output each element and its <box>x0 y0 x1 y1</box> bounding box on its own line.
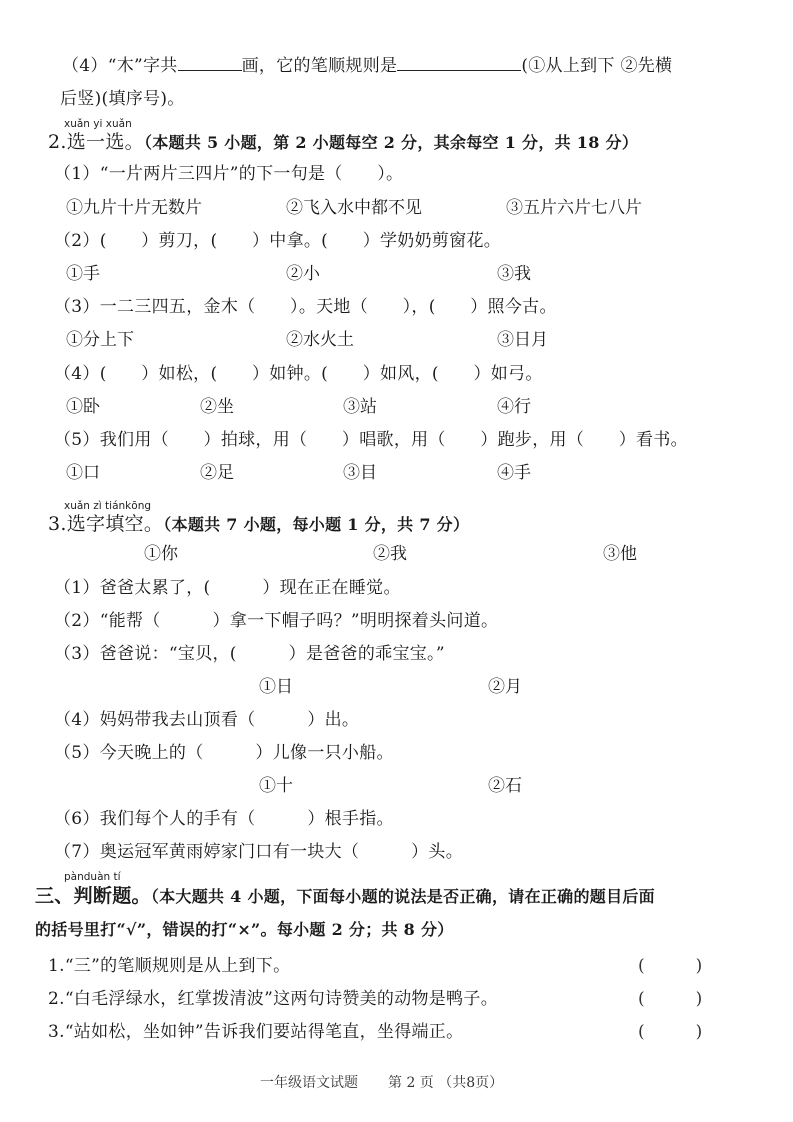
s3-q2: （2）“能帮（ ）拿一下帽子吗？”明明探着头问道。 <box>54 610 498 632</box>
s3-q5: （5）今天晚上的（ ）儿像一只小船。 <box>54 742 394 764</box>
section2-heading: 2.选一选。（本题共 5 小题，第 2 小题每空 2 分，其余每空 1 分，共 … <box>48 131 638 154</box>
s3-q6: （6）我们每个人的手有（ ）根手指。 <box>54 808 394 830</box>
section2-pinyin: xuǎn yi xuǎn <box>64 118 132 130</box>
s3-group1-option-1[interactable]: ①你 <box>144 543 178 565</box>
s2-q2-option-1[interactable]: ①手 <box>66 263 100 285</box>
section2-instructions: （本题共 5 小题，第 2 小题每空 2 分，其余每空 1 分，共 18 分） <box>144 133 638 152</box>
tf-item-1: 1.“三”的笔顺规则是从上到下。 <box>48 955 290 977</box>
part3-instructions-line2: 的括号里打“√”，错误的打“×”。每小题 2 分；共 8 分） <box>35 919 454 941</box>
s2-q4-option-3[interactable]: ③站 <box>343 396 377 418</box>
stroke-count-blank[interactable] <box>178 54 242 71</box>
section3-instructions: （本题共 7 小题，每小题 1 分，共 7 分） <box>163 515 469 534</box>
s2-q5-option-3[interactable]: ③目 <box>343 462 377 484</box>
tf-item-3: 3.“站如松，坐如钟”告诉我们要站得笔直，坐得端正。 <box>48 1021 463 1043</box>
s2-q1-option-1[interactable]: ①九片十片无数片 <box>66 197 202 219</box>
s2-q5-option-2[interactable]: ②足 <box>200 462 234 484</box>
tf-item-2: 2.“白毛浮绿水，红掌拨清波”这两句诗赞美的动物是鸭子。 <box>48 988 498 1010</box>
s3-q4: （4）妈妈带我去山顶看（ ）出。 <box>54 709 359 731</box>
q1-4-line1: （4）“木”字共画，它的笔顺规则是(①从上到下 ②先横 <box>62 54 672 77</box>
tf-answer-box-2[interactable]: ( ) <box>638 988 702 1010</box>
s3-group1-option-3[interactable]: ③他 <box>603 543 637 565</box>
section3-pinyin: xuǎn zì tiánkōng <box>64 500 151 512</box>
s2-q3-stem: （3）一二三四五，金木（ ）。天地（ ），( ）照今古。 <box>54 296 557 318</box>
section3-heading: 3.选字填空。（本题共 7 小题，每小题 1 分，共 7 分） <box>48 513 469 536</box>
section3-title: 3.选字填空。 <box>48 513 163 535</box>
s3-group2-option-1[interactable]: ①日 <box>259 676 293 698</box>
s2-q2-stem: （2）( ）剪刀，( ）中拿。( ）学奶奶剪窗花。 <box>54 230 501 252</box>
q1-4-text-b: 画，它的笔顺规则是 <box>242 56 398 76</box>
s2-q2-option-3[interactable]: ③我 <box>497 263 531 285</box>
s2-q3-option-1[interactable]: ①分上下 <box>66 329 134 351</box>
q1-4-text-c: (①从上到下 ②先横 <box>521 56 672 76</box>
s2-q5-option-4[interactable]: ④手 <box>497 462 531 484</box>
s3-group3-option-1[interactable]: ①十 <box>259 775 293 797</box>
tf-answer-box-3[interactable]: ( ) <box>638 1021 702 1043</box>
s3-group2-option-2[interactable]: ②月 <box>488 676 522 698</box>
s2-q2-option-2[interactable]: ②小 <box>286 263 320 285</box>
tf-answer-box-1[interactable]: ( ) <box>638 955 702 977</box>
part3-instructions-line1: （本大题共 4 小题，下面每小题的说法是否正确，请在正确的题目后面 <box>151 887 655 906</box>
page-footer: 一年级语文试题第 2 页 （共8页） <box>260 1074 503 1092</box>
s2-q4-option-4[interactable]: ④行 <box>497 396 531 418</box>
s2-q1-option-2[interactable]: ②飞入水中都不见 <box>286 197 422 219</box>
part3-heading: 三、判断题。（本大题共 4 小题，下面每小题的说法是否正确，请在正确的题目后面 <box>35 885 655 908</box>
q1-4-line2: 后竖)(填序号)。 <box>60 88 185 110</box>
part3-title: 三、判断题。 <box>35 885 151 907</box>
stroke-rule-blank[interactable] <box>397 54 521 71</box>
q1-4-text-a: （4）“木”字共 <box>62 56 178 76</box>
s2-q1-stem: （1）“一片两片三四片”的下一句是（ ）。 <box>54 163 403 185</box>
s3-q1: （1）爸爸太累了，( ）现在正在睡觉。 <box>54 577 401 599</box>
s2-q4-stem: （4）( ）如松，( ）如钟。( ）如风，( ）如弓。 <box>54 363 543 385</box>
part3-pinyin: pànduàn tí <box>64 871 121 883</box>
s2-q5-stem: （5）我们用（ ）拍球，用（ ）唱歌，用（ ）跑步，用（ ）看书。 <box>54 429 688 451</box>
s2-q5-option-1[interactable]: ①口 <box>66 462 100 484</box>
s2-q4-option-2[interactable]: ②坐 <box>200 396 234 418</box>
footer-page-number: 第 2 页 （共8页） <box>388 1075 503 1091</box>
footer-subject: 一年级语文试题 <box>260 1075 358 1091</box>
s2-q3-option-2[interactable]: ②水火土 <box>286 329 354 351</box>
s2-q4-option-1[interactable]: ①卧 <box>66 396 100 418</box>
s3-q7: （7）奥运冠军黄雨婷家门口有一块大（ ）头。 <box>54 841 463 863</box>
section2-title: 2.选一选。 <box>48 131 144 153</box>
s3-group3-option-2[interactable]: ②石 <box>488 775 522 797</box>
s2-q3-option-3[interactable]: ③日月 <box>497 329 548 351</box>
s3-q3: （3）爸爸说：“宝贝，( ）是爸爸的乖宝宝。” <box>54 643 445 665</box>
s3-group1-option-2[interactable]: ②我 <box>373 543 407 565</box>
s2-q1-option-3[interactable]: ③五片六片七八片 <box>506 197 642 219</box>
